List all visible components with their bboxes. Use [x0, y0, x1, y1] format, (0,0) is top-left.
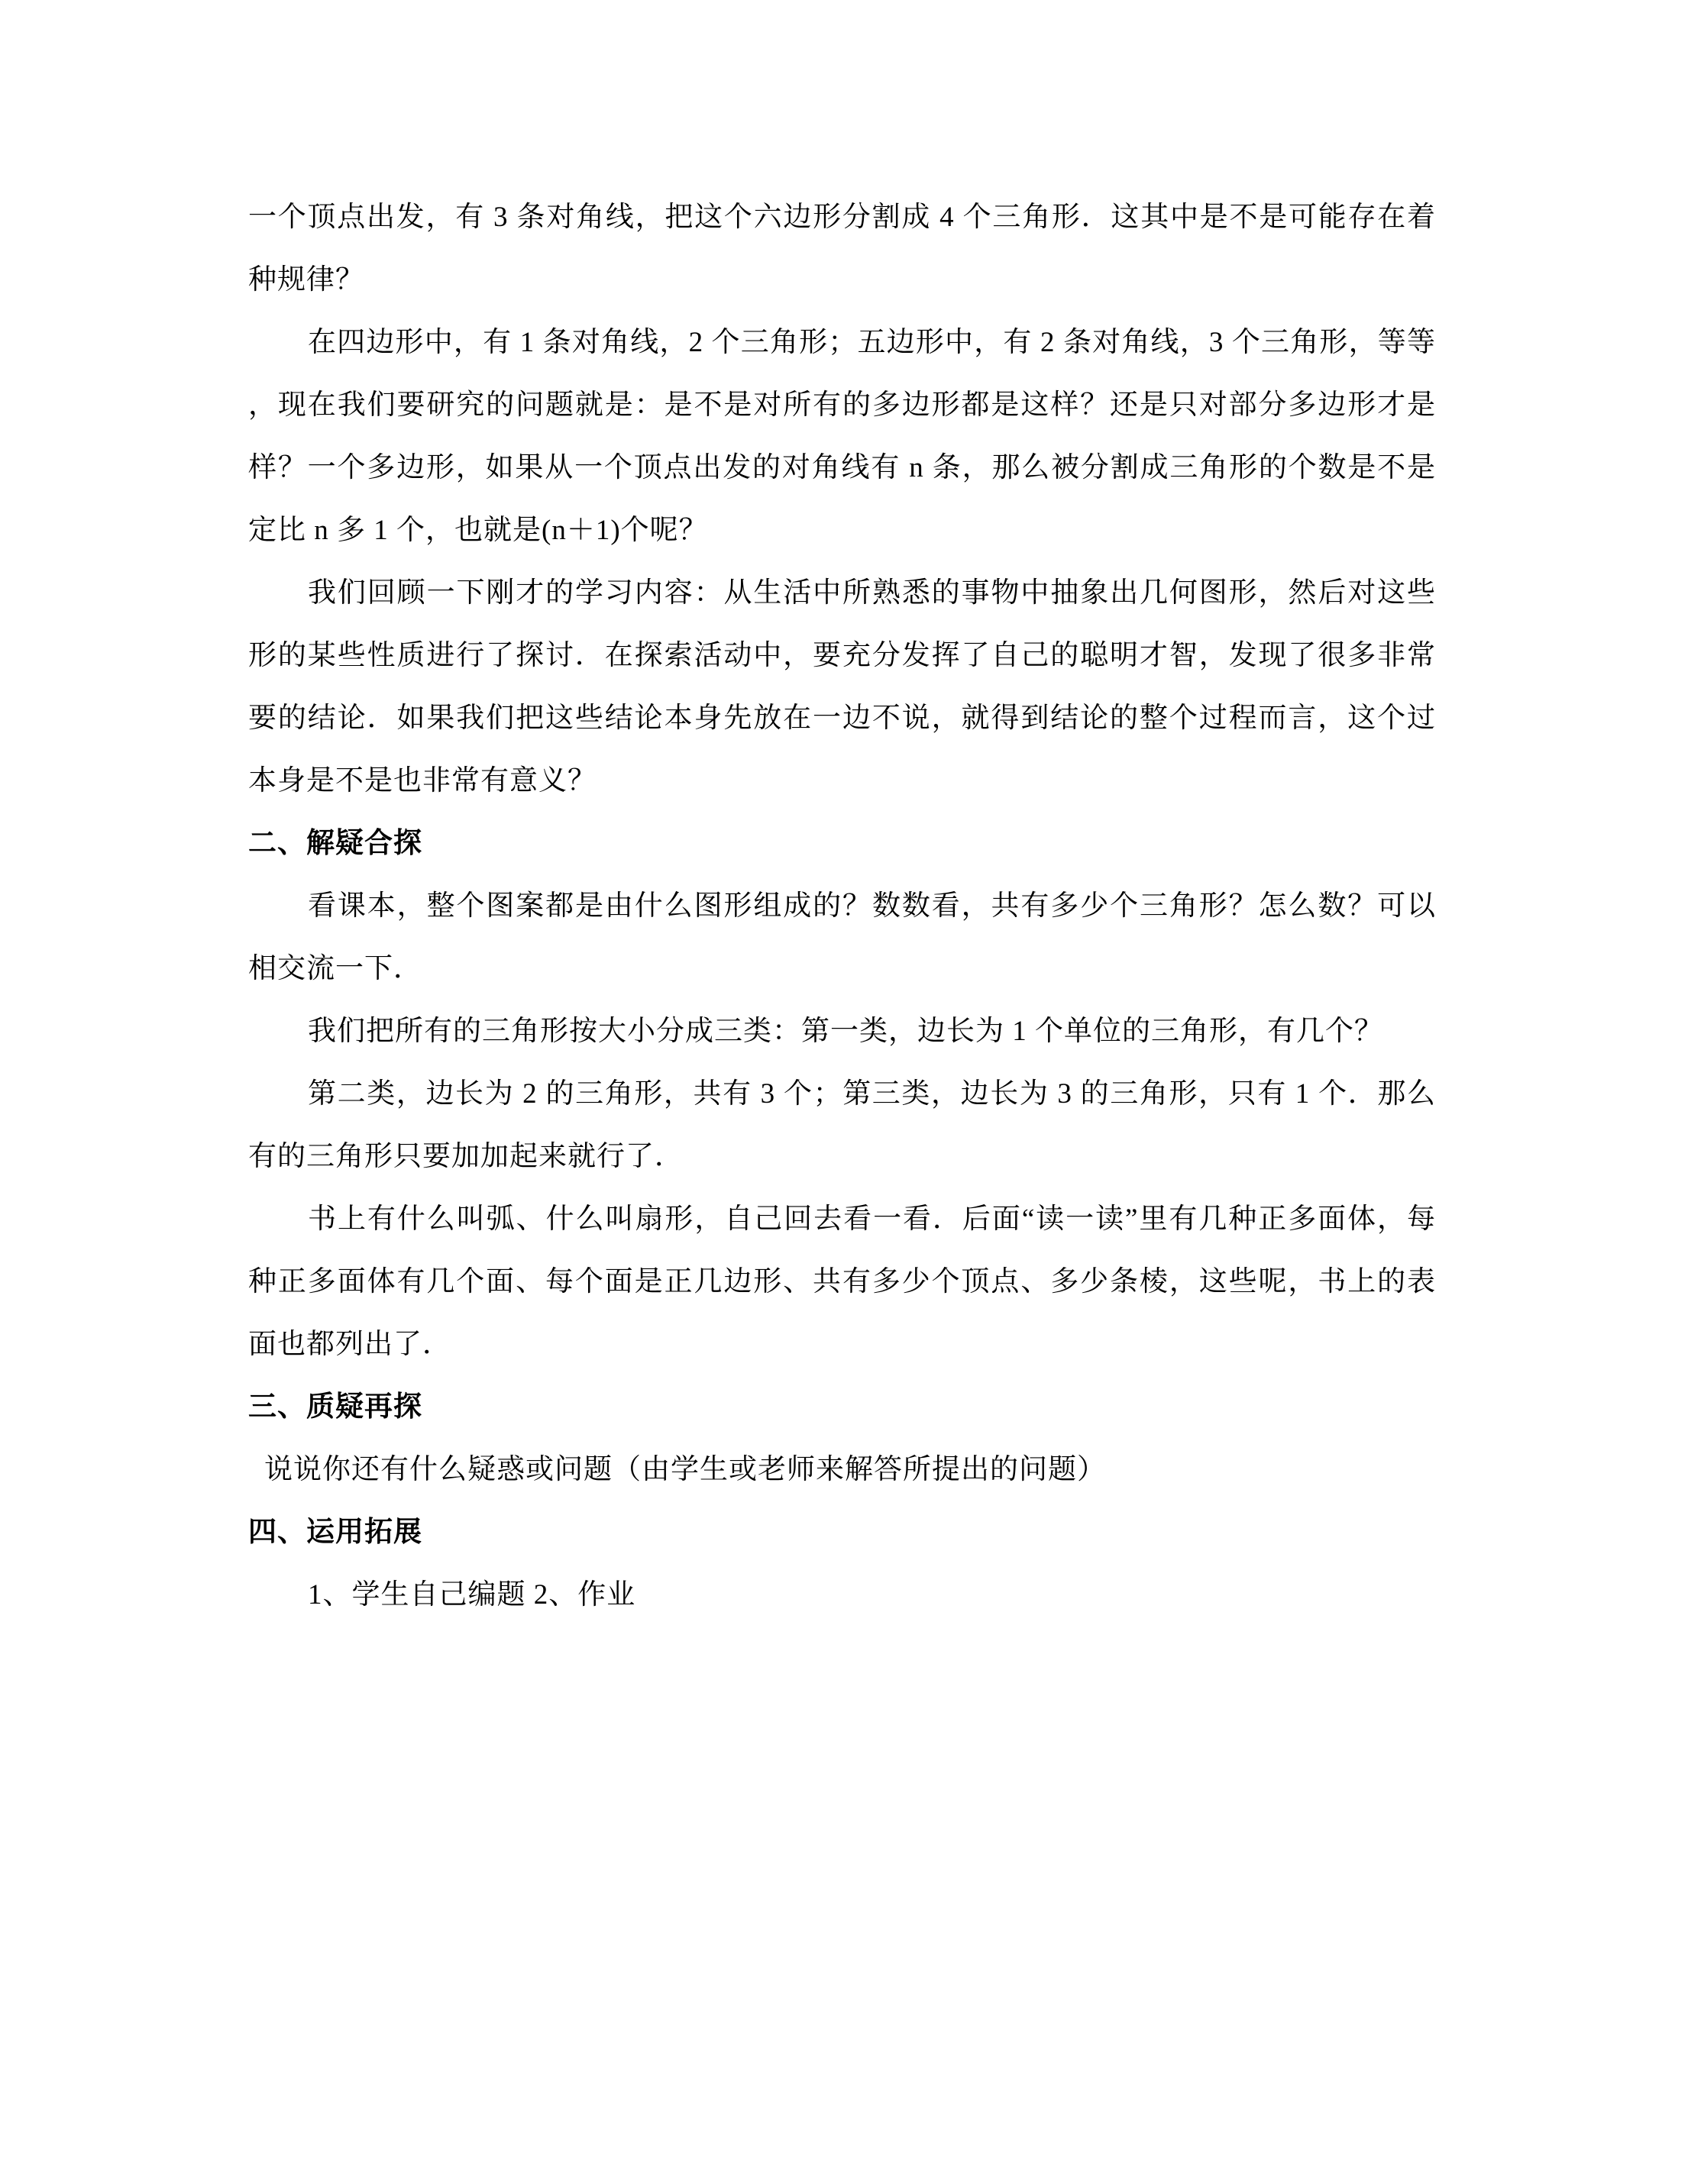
section-heading-3: 三、质疑再探 [248, 1376, 1436, 1439]
section-heading-4: 四、运用拓展 [248, 1501, 1436, 1564]
text-line: 我们把所有的三角形按大小分成三类：第一类，边长为 1 个单位的三角形，有几个？ [248, 1000, 1436, 1063]
text-line: 种规律？ [248, 249, 1436, 312]
text-line: 形的某些性质进行了探讨．在探索活动中，要充分发挥了自己的聪明才智，发现了很多非常… [248, 625, 1436, 687]
text-line: 相交流一下． [248, 938, 1436, 1000]
text-line: ，现在我们要研究的问题就是：是不是对所有的多边形都是这样？还是只对部分多边形才是… [248, 374, 1436, 437]
text-line: 本身是不是也非常有意义？ [248, 750, 1436, 813]
text-line: 看课本，整个图案都是由什么图形组成的？数数看，共有多少个三角形？怎么数？可以互 [248, 875, 1436, 938]
document-page: 一个顶点出发，有 3 条对角线，把这个六边形分割成 4 个三角形．这其中是不是可… [0, 0, 1688, 2184]
text-line: 在四边形中，有 1 条对角线，2 个三角形；五边形中，有 2 条对角线，3 个三… [248, 312, 1436, 374]
text-line: 书上有什么叫弧、什么叫扇形，自己回去看一看．后面“读一读”里有几种正多面体，每 [248, 1188, 1436, 1251]
text-line: 第二类，边长为 2 的三角形，共有 3 个；第三类，边长为 3 的三角形，只有 … [248, 1063, 1436, 1126]
text-line: 要的结论．如果我们把这些结论本身先放在一边不说，就得到结论的整个过程而言，这个过… [248, 687, 1436, 750]
document-body: 一个顶点出发，有 3 条对角线，把这个六边形分割成 4 个三角形．这其中是不是可… [248, 186, 1436, 1627]
text-line: 样？一个多边形，如果从一个顶点出发的对角线有 n 条，那么被分割成三角形的个数是… [248, 437, 1436, 499]
text-line: 我们回顾一下刚才的学习内容：从生活中所熟悉的事物中抽象出几何图形，然后对这些图 [248, 562, 1436, 625]
text-line: 面也都列出了． [248, 1313, 1436, 1376]
section-heading-2: 二、解疑合探 [248, 813, 1436, 875]
text-line: 一个顶点出发，有 3 条对角线，把这个六边形分割成 4 个三角形．这其中是不是可… [248, 186, 1436, 249]
text-line: 1、学生自己编题 2、作业 [248, 1564, 1436, 1627]
text-line: 说说你还有什么疑惑或问题（由学生或老师来解答所提出的问题） [248, 1439, 1436, 1501]
text-line: 定比 n 多 1 个，也就是(n＋1)个呢？ [248, 499, 1436, 562]
text-line: 有的三角形只要加加起来就行了． [248, 1126, 1436, 1188]
text-line: 种正多面体有几个面、每个面是正几边形、共有多少个顶点、多少条棱，这些呢，书上的表… [248, 1251, 1436, 1313]
